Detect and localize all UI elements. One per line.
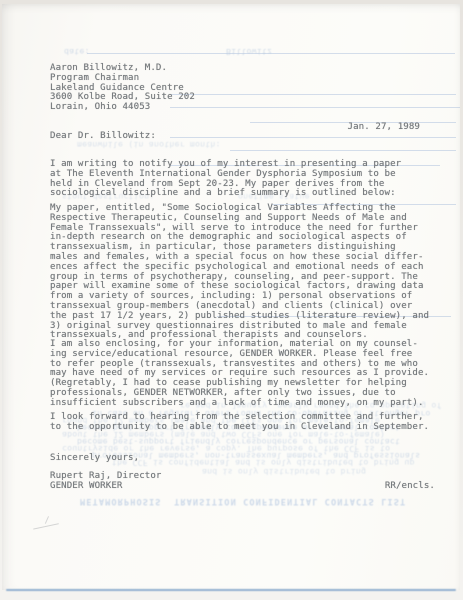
paragraph-2: My paper, entitled, "Some Sociological V… [50,204,429,341]
bleedthrough-rule [230,150,456,151]
bleedthrough-text: date: [64,48,90,56]
bleedthrough-text: Billowitz [226,48,272,56]
bleedthrough-text: meanwhile (in another month: [77,141,221,149]
bleedthrough-rule [170,107,460,108]
paper-sheet: date: Billowitz meanwhile (in another mo… [2,4,460,590]
recipient-address: Aaron Billowitz, M.D. Program Chairman L… [50,64,195,113]
closing-phrase: Sincerely yours, [50,454,139,464]
bleedthrough-text: and is only distributed to bring [202,468,366,476]
bleedthrough-rule [170,94,456,95]
paragraph-1: I am writing to notify you of my interes… [50,160,401,199]
scanned-letter-page: date: Billowitz meanwhile (in another mo… [0,0,463,600]
paragraph-4: I look forward to hearing from the selec… [50,413,429,433]
paragraph-3: I am also enclosing, for your informatio… [50,340,429,409]
bleedthrough-rule [170,137,456,138]
bleedthrough-text: METAMORPHOSIS TRANSITION CONFIDENTIAL CO… [80,497,406,505]
bleedthrough-text: the CCF is confidential and is only dist… [112,459,415,467]
page-bottom-edge [6,589,456,591]
reference-initials: RR/encls. [50,482,435,492]
salutation: Dear Dr. Billowitz: [50,132,156,142]
